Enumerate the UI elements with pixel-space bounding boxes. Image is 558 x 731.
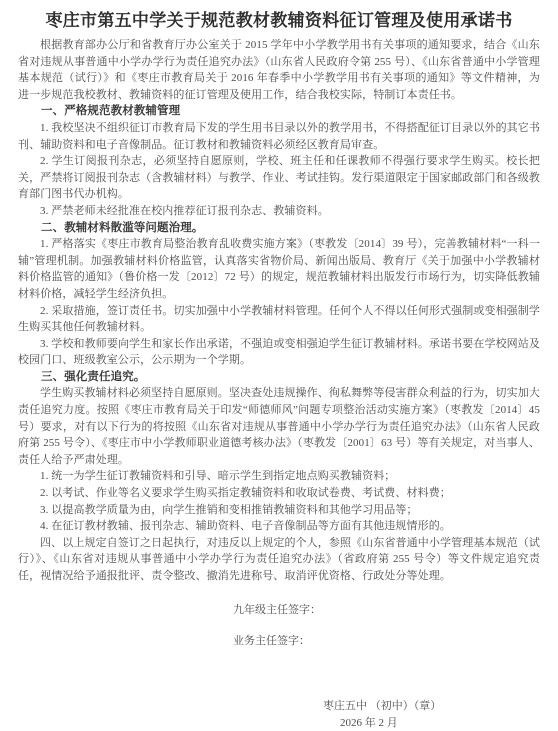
document-page: 枣庄市第五中学关于规范教材教辅资料征订管理及使用承诺书 根据教育部办公厅和省教育… <box>0 0 558 731</box>
section-3-item-4: 4. 在征订教材教辅、报刊杂志、辅助资料、电子音像制品等方面有其他违规情形的。 <box>18 518 540 535</box>
section-1-item-3: 3. 严禁老师未经批准在校内推荐征订报刊杂志、教辅资料。 <box>18 203 540 220</box>
school-stamp-line: 枣庄五中 （初中）（章） <box>323 698 540 715</box>
intro-paragraph: 根据教育部办公厅和省教育厅办公室关于 2015 学年中小学教学用书有关事项的通知… <box>18 37 540 103</box>
section-3-heading: 三、强化责任追究。 <box>18 369 540 386</box>
signature-line-academic-director: 业务主任签字： <box>233 633 540 650</box>
document-title: 枣庄市第五中学关于规范教材教辅资料征订管理及使用承诺书 <box>18 11 540 31</box>
section-3-item-1: 1. 统一为学生征订教辅资料和引导、暗示学生到指定地点购买教辅资料； <box>18 468 540 485</box>
section-1-heading: 一、严格规范教材教辅管理 <box>18 103 540 120</box>
section-3-intro: 学生购买教辅材料必须坚持自愿原则。坚决查处违规操作、徇私舞弊等侵害群众利益的行为… <box>18 385 540 468</box>
date-line: 2026 年 2 月 <box>340 715 540 731</box>
closing-paragraph: 四、以上规定自签订之日起执行，对违反以上规定的个人，参照《山东省普通中小学管理基… <box>18 535 540 585</box>
signature-line-grade9-director: 九年级主任签字： <box>233 602 540 619</box>
section-1-item-2: 2. 学生订阅报刊杂志，必须坚持自愿原则，学校、班主任和任课教师不得强行要求学生… <box>18 153 540 203</box>
section-2-heading: 二、教辅材料散滥等问题治理。 <box>18 220 540 237</box>
section-3-item-2: 2. 以考试、作业等名义要求学生购买指定教辅资料和收取试卷费、考试费、材料费； <box>18 485 540 502</box>
section-1-item-1: 1. 我校坚决不组织征订市教育局下发的学生用书目录以外的教学用书，不得搭配征订目… <box>18 120 540 153</box>
section-2-item-2: 2. 采取措施，签订责任书。切实加强中小学教辅材料管理。任何个人不得以任何形式强… <box>18 303 540 336</box>
section-2-item-1: 1. 严格落实《枣庄市教育局整治教育乱收费实施方案》（枣教发〔2014〕39 号… <box>18 236 540 302</box>
section-2-item-3: 3. 学校和教师要向学生和家长作出承诺，不强迫或变相强迫学生征订教辅材料。承诺书… <box>18 336 540 369</box>
section-3-item-3: 3. 以提高教学质量为由，向学生推销和变相推销教辅资料和其他学习用品等； <box>18 502 540 519</box>
